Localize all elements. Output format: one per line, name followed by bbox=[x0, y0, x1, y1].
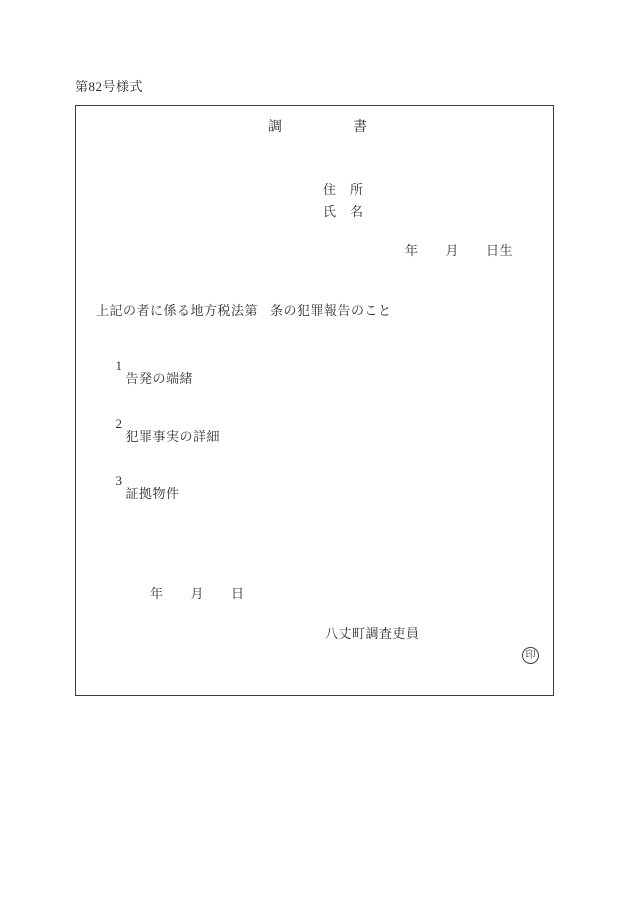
seal-character: 印 bbox=[526, 651, 536, 661]
seal-mark-icon: 印 bbox=[522, 647, 539, 664]
subject-line-before-blank: 上記の者に係る地方税法第 bbox=[96, 304, 258, 317]
form-border-box: 調 書 住 所 氏 名 年 月 日生 上記の者に係る地方税法第 条の犯罪報告のこ… bbox=[75, 105, 554, 696]
signer-title-label: 八丈町調査吏員 bbox=[325, 627, 420, 640]
address-label: 住 所 bbox=[323, 183, 364, 196]
list-item-crime-facts-detail: 2 犯罪事実の詳細 bbox=[96, 404, 220, 456]
document-title-right-char: 書 bbox=[353, 121, 368, 135]
item-label: 証拠物件 bbox=[126, 486, 180, 501]
document-page: 第82号様式 調 書 住 所 氏 名 年 月 日生 上記の者に係る地方税法第 条… bbox=[0, 0, 630, 915]
item-number: 1 bbox=[116, 359, 124, 372]
subject-line-after-blank: 条の犯罪報告のこと bbox=[270, 304, 392, 317]
item-label: 犯罪事実の詳細 bbox=[126, 429, 221, 444]
date-line-label: 年 月 日 bbox=[150, 587, 245, 600]
form-code-label: 第82号様式 bbox=[75, 80, 143, 93]
birthdate-label: 年 月 日生 bbox=[405, 244, 513, 257]
item-number: 3 bbox=[116, 474, 124, 487]
name-label: 氏 名 bbox=[323, 205, 364, 218]
item-label: 告発の端緒 bbox=[126, 371, 194, 386]
item-number: 2 bbox=[116, 417, 124, 430]
list-item-evidence: 3 証拠物件 bbox=[96, 461, 180, 513]
list-item-accusation-origin: 1 告発の端緒 bbox=[96, 346, 193, 398]
document-title-left-char: 調 bbox=[268, 121, 283, 135]
